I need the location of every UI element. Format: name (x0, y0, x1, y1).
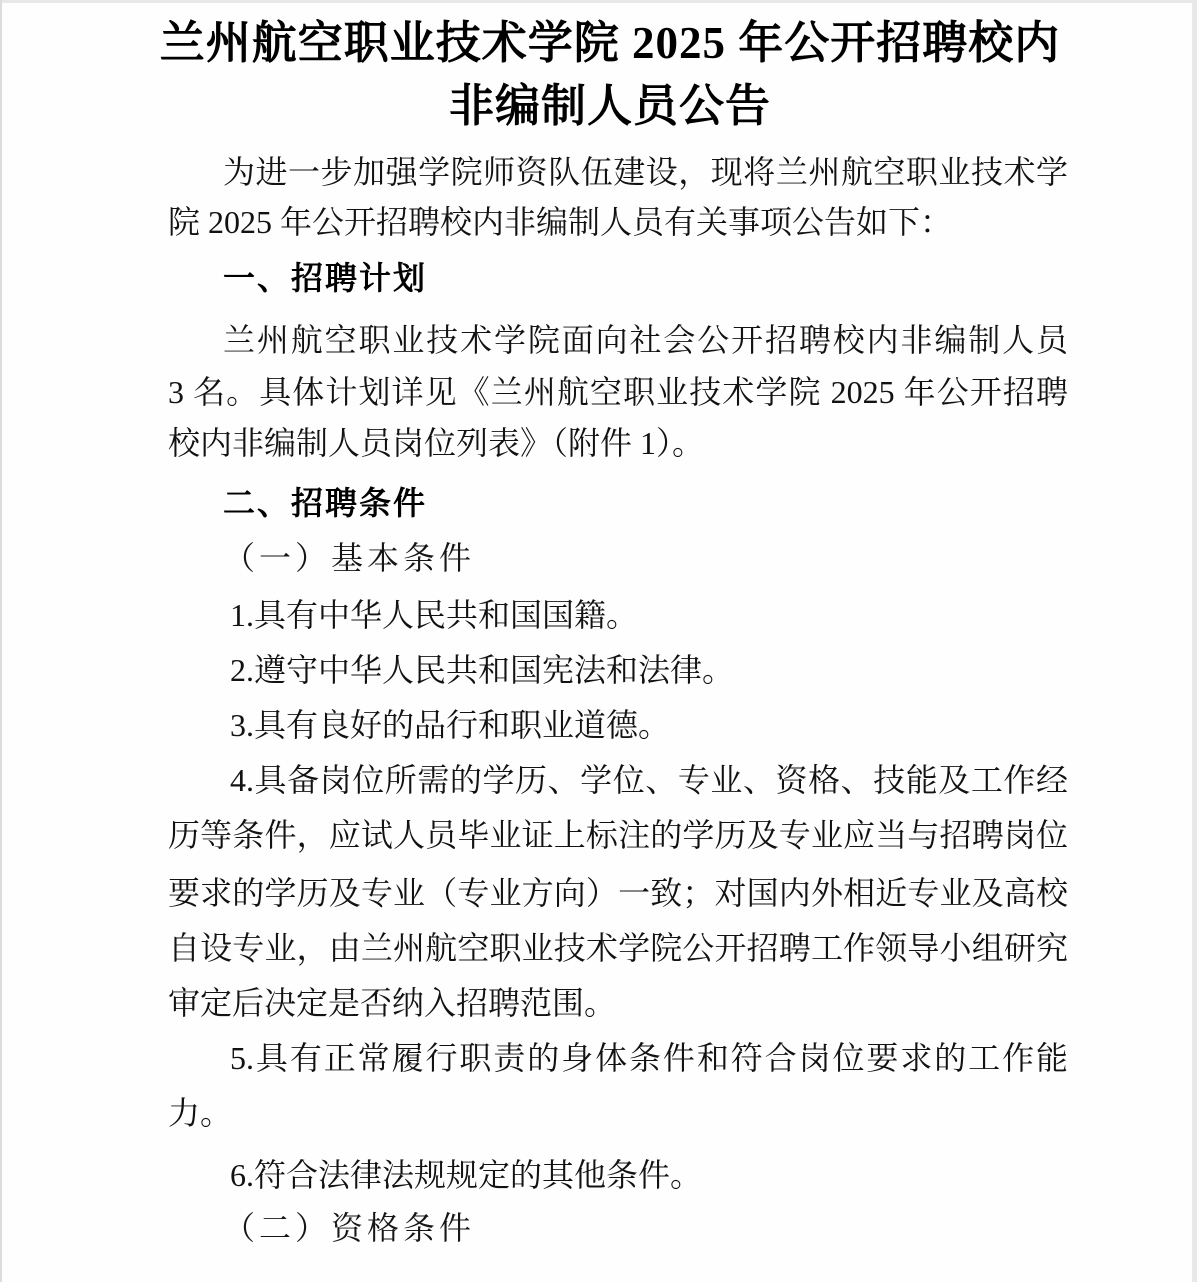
basic-condition-line-7: 自设专业，由兰州航空职业技术学院公开招聘工作领导小组研究 (168, 926, 1068, 970)
page-edge-left (0, 0, 2, 1282)
basic-condition-line-4: 4.具备岗位所需的学历、学位、专业、资格、技能及工作经 (168, 758, 1068, 802)
section-1-line-1: 兰州航空职业技术学院面向社会公开招聘校内非编制人员 (168, 318, 1068, 362)
section-1-line-2: 3 名。具体计划详见《兰州航空职业技术学院 2025 年公开招聘 (168, 370, 1068, 414)
section-1-line-3: 校内非编制人员岗位列表》（附件 1）。 (168, 421, 1068, 465)
qualification-conditions-heading: （二）资格条件 (168, 1206, 1068, 1250)
basic-condition-line-8: 审定后决定是否纳入招聘范围。 (168, 981, 1068, 1025)
basic-condition-line-10: 力。 (168, 1091, 1068, 1135)
document-page: 兰州航空职业技术学院 2025 年公开招聘校内 非编制人员公告 为进一步加强学院… (0, 0, 1197, 1282)
page-edge-top (0, 0, 1197, 3)
section-2-heading: 二、招聘条件 (168, 481, 1068, 525)
basic-condition-line-5: 历等条件，应试人员毕业证上标注的学历及专业应当与招聘岗位 (168, 813, 1068, 857)
basic-condition-line-6: 要求的学历及专业（专业方向）一致；对国内外相近专业及高校 (168, 871, 1068, 915)
basic-condition-line-11: 6.符合法律法规规定的其他条件。 (168, 1153, 1068, 1197)
document-title: 兰州航空职业技术学院 2025 年公开招聘校内 非编制人员公告 (155, 12, 1065, 138)
basic-condition-line-9: 5.具有正常履行职责的身体条件和符合岗位要求的工作能 (168, 1036, 1068, 1080)
page-edge-right (1192, 0, 1197, 1282)
basic-condition-line-2: 2.遵守中华人民共和国宪法和法律。 (168, 648, 1068, 692)
basic-condition-line-1: 1.具有中华人民共和国国籍。 (168, 593, 1068, 637)
basic-conditions-heading: （一）基本条件 (168, 536, 1068, 580)
title-line-2: 非编制人员公告 (155, 75, 1065, 138)
intro-line-1: 为进一步加强学院师资队伍建设，现将兰州航空职业技术学 (168, 150, 1068, 194)
basic-condition-line-3: 3.具有良好的品行和职业道德。 (168, 703, 1068, 747)
title-line-1: 兰州航空职业技术学院 2025 年公开招聘校内 (155, 12, 1065, 75)
section-1-heading: 一、招聘计划 (168, 256, 1068, 300)
intro-line-2: 院 2025 年公开招聘校内非编制人员有关事项公告如下： (168, 200, 1068, 244)
